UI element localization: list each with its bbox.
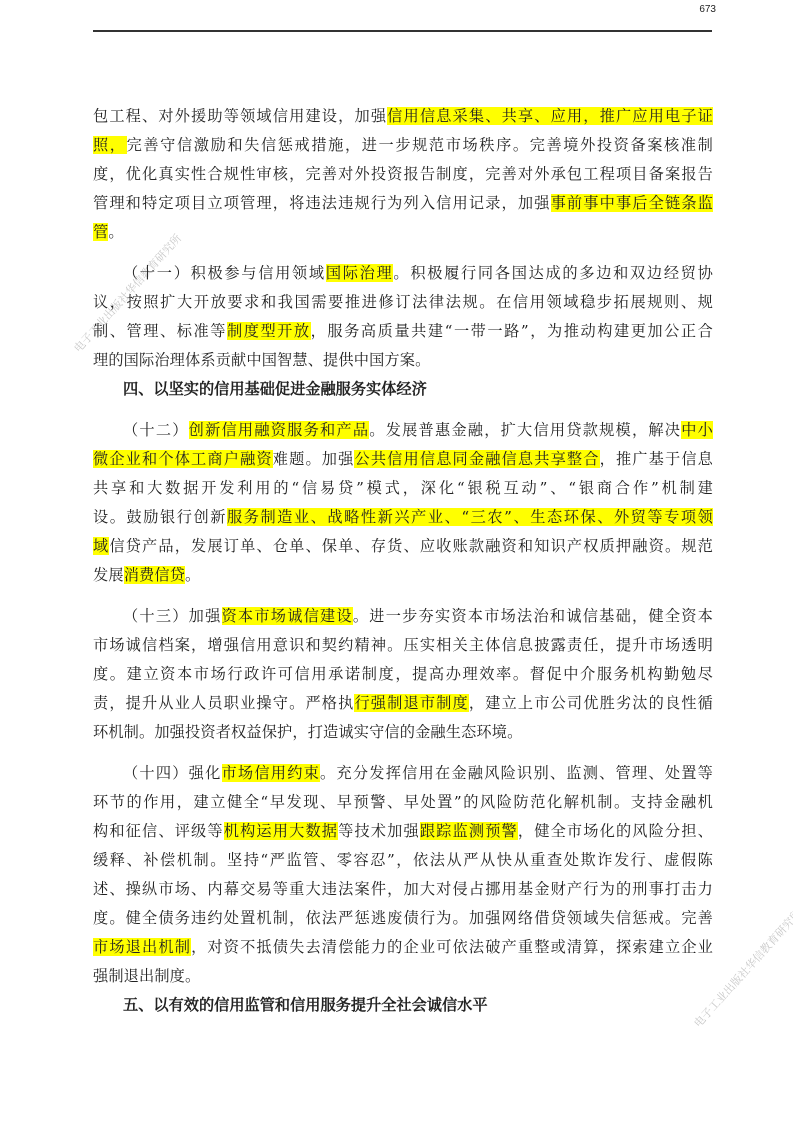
text-run: 信贷产品，发展订单、仓单、保单、存货、应收账款融资和知识产权质押融资。规范	[109, 537, 713, 555]
text-line: （十四）强化市场信用约束。充分发挥信用在金融风险识别、监测、管理、处置等	[93, 759, 713, 788]
page-number: 673	[680, 4, 716, 15]
text-run: ，健全市场化的风险分担、	[518, 822, 713, 840]
highlighted-text: 跟踪监测预警	[420, 822, 518, 840]
paragraph-gap	[93, 590, 713, 602]
text-run: ，服务高质量共建“一带一路”，为推动构建更加公正合	[311, 322, 713, 340]
text-line: 构和征信、评级等机构运用大数据等技术加强跟踪监测预警，健全市场化的风险分担、	[93, 817, 713, 846]
text-line: 环节的作用，建立健全“早发现、早预警、早处置”的风险防范化解机制。支持金融机	[93, 788, 713, 817]
text-run: 议，按照扩大开放要求和我国需要推进修订法律法规。在信用领域稳步拓展规则、规	[93, 293, 713, 311]
text-line: 议，按照扩大开放要求和我国需要推进修订法律法规。在信用领域稳步拓展规则、规	[93, 288, 713, 317]
highlighted-text: 市场信用约束	[222, 764, 321, 782]
text-run: 度，优化真实性合规性审核，完善对外投资报告制度，完善对外承包工程项目备案报告	[93, 165, 713, 183]
text-run: 理的国际治理体系贡献中国智慧、提供中国方案。	[93, 351, 430, 369]
text-run: 共享和大数据开发利用的“信易贷”模式，深化“银税互动”、“银商合作”机制建	[93, 479, 713, 497]
text-run: （十二）	[123, 421, 189, 439]
document-body: 包工程、对外援助等领域信用建设，加强信用信息采集、共享、应用，推广应用电子证照，…	[93, 102, 713, 1020]
paragraph: （十三）加强资本市场诚信建设。进一步夯实资本市场法治和诚信基础，健全资本市场诚信…	[93, 602, 713, 747]
text-line: 照，完善守信激励和失信惩戒措施，进一步规范市场秩序。完善境外投资备案核准制	[93, 131, 713, 160]
text-line: 度。健全债务违约处置机制，依法严惩逃废债行为。加强网络借贷领域失信惩戒。完善	[93, 904, 713, 933]
highlighted-text: 机构运用大数据	[224, 822, 338, 840]
text-line: （十二）创新信用融资服务和产品。发展普惠金融，扩大信用贷款规模，解决中小	[93, 416, 713, 445]
highlighted-text: 信用信息采集、共享、应用，推广应用电子证	[387, 107, 713, 125]
text-run: 。发展普惠金融，扩大信用贷款规模，解决	[369, 421, 681, 439]
text-run: ，对资不抵债失去清偿能力的企业可依法破产重整或清算，探索建立企业	[191, 938, 713, 956]
paragraph: （十四）强化市场信用约束。充分发挥信用在金融风险识别、监测、管理、处置等环节的作…	[93, 759, 713, 991]
text-run: ，推广基于信息	[600, 450, 713, 468]
text-run: （十一）积极参与信用领域	[123, 264, 326, 282]
text-line: 度。建立资本市场行政许可信用承诺制度，提高办理效率。督促中介服务机构勤勉尽	[93, 660, 713, 689]
highlighted-text: 国际治理	[326, 264, 394, 282]
highlighted-text: 制度型开放	[227, 322, 311, 340]
text-run: 述、操纵市场、内幕交易等重大违法案件，加大对侵占挪用基金财产行为的刑事打击力	[93, 880, 713, 898]
text-run: 。	[185, 566, 200, 584]
highlighted-text: 服务制造业、战略性新兴产业、“三农”、生态环保、外贸等专项领	[227, 508, 713, 526]
text-run: 。积极履行同各国达成的多边和双边经贸协	[393, 264, 713, 282]
text-line: 市场退出机制，对资不抵债失去清偿能力的企业可依法破产重整或清算，探索建立企业	[93, 933, 713, 962]
text-run: 构和征信、评级等	[93, 822, 224, 840]
text-line: 设。鼓励银行创新服务制造业、战略性新兴产业、“三农”、生态环保、外贸等专项领	[93, 503, 713, 532]
text-line: （十三）加强资本市场诚信建设。进一步夯实资本市场法治和诚信基础，健全资本	[93, 602, 713, 631]
text-line: （十一）积极参与信用领域国际治理。积极履行同各国达成的多边和双边经贸协	[93, 259, 713, 288]
highlighted-text: 事前事中事后全链条监	[551, 194, 713, 212]
text-run: 制、管理、标准等	[93, 322, 227, 340]
text-line: 包工程、对外援助等领域信用建设，加强信用信息采集、共享、应用，推广应用电子证	[93, 102, 713, 131]
text-run: 强制退出制度。	[93, 967, 200, 985]
paragraph-gap	[93, 404, 713, 416]
paragraph: （十二）创新信用融资服务和产品。发展普惠金融，扩大信用贷款规模，解决中小微企业和…	[93, 416, 713, 590]
paragraph: 包工程、对外援助等领域信用建设，加强信用信息采集、共享、应用，推广应用电子证照，…	[93, 102, 713, 247]
text-run: 发展	[93, 566, 124, 584]
text-line: 缓释、补偿机制。坚持“严监管、零容忍”，依法从严从快从重查处欺诈发行、虚假陈	[93, 846, 713, 875]
section-heading: 四、以坚实的信用基础促进金融服务实体经济	[93, 375, 713, 404]
text-run: ，建立上市公司优胜劣汰的良性循	[469, 694, 713, 712]
paragraph: （十一）积极参与信用领域国际治理。积极履行同各国达成的多边和双边经贸协议，按照扩…	[93, 259, 713, 375]
highlighted-text: 创新信用融资服务和产品	[189, 421, 370, 439]
text-line: 微企业和个体工商户融资难题。加强公共信用信息同金融信息共享整合，推广基于信息	[93, 445, 713, 474]
text-run: 设。鼓励银行创新	[93, 508, 227, 526]
section-heading: 五、以有效的信用监管和信用服务提升全社会诚信水平	[93, 991, 713, 1020]
highlighted-text: 公共信用信息同金融信息共享整合	[354, 450, 599, 468]
highlighted-text: 中小	[681, 421, 713, 439]
text-line: 理的国际治理体系贡献中国智慧、提供中国方案。	[93, 346, 713, 375]
text-line: 发展消费信贷。	[93, 561, 713, 590]
highlighted-text: 消费信贷	[124, 566, 185, 584]
text-run: （十三）加强	[123, 607, 222, 625]
text-line: 管。	[93, 218, 713, 247]
header-rule	[93, 30, 712, 32]
text-run: 责，提升从业人员职业操守。严格执	[93, 694, 354, 712]
text-line: 度，优化真实性合规性审核，完善对外投资报告制度，完善对外承包工程项目备案报告	[93, 160, 713, 189]
text-run: 环节的作用，建立健全“早发现、早预警、早处置”的风险防范化解机制。支持金融机	[93, 793, 713, 811]
text-line: 市场诚信档案，增强信用意识和契约精神。压实相关主体信息披露责任，提升市场透明	[93, 631, 713, 660]
text-run: 。进一步夯实资本市场法治和诚信基础，健全资本	[353, 607, 713, 625]
text-line: 共享和大数据开发利用的“信易贷”模式，深化“银税互动”、“银商合作”机制建	[93, 474, 713, 503]
text-run: 度。建立资本市场行政许可信用承诺制度，提高办理效率。督促中介服务机构勤勉尽	[93, 665, 713, 683]
text-run: 完善守信激励和失信惩戒措施，进一步规范市场秩序。完善境外投资备案核准制	[127, 136, 713, 154]
text-run: 环机制。加强投资者权益保护，打造诚实守信的金融生态环境。	[93, 723, 522, 741]
text-line: 制、管理、标准等制度型开放，服务高质量共建“一带一路”，为推动构建更加公正合	[93, 317, 713, 346]
text-run: （十四）强化	[123, 764, 222, 782]
highlighted-text: 域	[93, 537, 109, 555]
highlighted-text: 资本市场诚信建设	[222, 607, 353, 625]
text-run: 市场诚信档案，增强信用意识和契约精神。压实相关主体信息披露责任，提升市场透明	[93, 636, 713, 654]
text-line: 述、操纵市场、内幕交易等重大违法案件，加大对侵占挪用基金财产行为的刑事打击力	[93, 875, 713, 904]
text-run: 。	[108, 223, 123, 241]
text-run: 。充分发挥信用在金融风险识别、监测、管理、处置等	[320, 764, 713, 782]
text-line: 责，提升从业人员职业操守。严格执行强制退市制度，建立上市公司优胜劣汰的良性循	[93, 689, 713, 718]
text-run: 缓释、补偿机制。坚持“严监管、零容忍”，依法从严从快从重查处欺诈发行、虚假陈	[93, 851, 713, 869]
text-run: 包工程、对外援助等领域信用建设，加强	[93, 107, 387, 125]
text-run: 等技术加强	[338, 822, 420, 840]
highlighted-text: 管	[93, 223, 108, 241]
text-run: 难题。加强	[273, 450, 355, 468]
text-line: 强制退出制度。	[93, 962, 713, 991]
text-line: 管理和特定项目立项管理，将违法违规行为列入信用记录，加强事前事中事后全链条监	[93, 189, 713, 218]
highlighted-text: 照，	[93, 136, 127, 154]
text-line: 环机制。加强投资者权益保护，打造诚实守信的金融生态环境。	[93, 718, 713, 747]
text-run: 管理和特定项目立项管理，将违法违规行为列入信用记录，加强	[93, 194, 551, 212]
text-run: 度。健全债务违约处置机制，依法严惩逃废债行为。加强网络借贷领域失信惩戒。完善	[93, 909, 713, 927]
highlighted-text: 微企业和个体工商户融资	[93, 450, 273, 468]
text-line: 域信贷产品，发展订单、仓单、保单、存货、应收账款融资和知识产权质押融资。规范	[93, 532, 713, 561]
paragraph-gap	[93, 247, 713, 259]
paragraph-gap	[93, 747, 713, 759]
highlighted-text: 市场退出机制	[93, 938, 191, 956]
highlighted-text: 行强制退市制度	[354, 694, 468, 712]
